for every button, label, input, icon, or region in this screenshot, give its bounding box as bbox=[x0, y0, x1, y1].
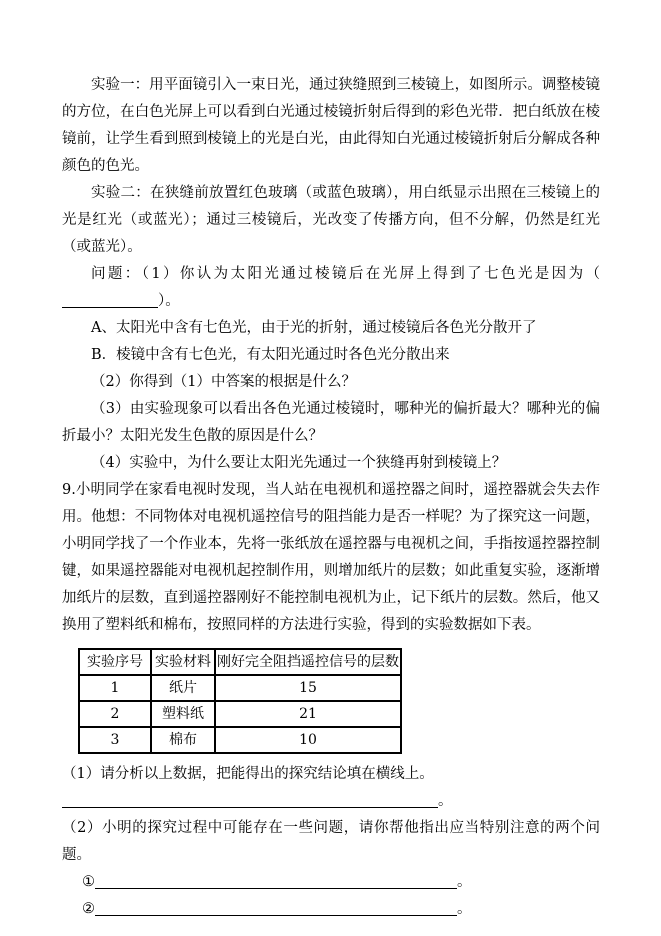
table-header-layers: 刚好完全阻挡遥控信号的层数 bbox=[215, 649, 401, 675]
answer-blank-conclusion bbox=[62, 791, 438, 808]
cell-trial-number: 2 bbox=[79, 701, 151, 727]
document-content: 实验一：用平面镜引入一束日光，通过狭缝照到三棱镜上，如图所示。调整棱镜的方位，在… bbox=[62, 72, 600, 923]
table-header-trial-number: 实验序号 bbox=[79, 649, 151, 675]
question1-text-after: ）。 bbox=[158, 293, 180, 309]
circled-one-marker: ① bbox=[82, 874, 95, 890]
paragraph-question2: （2）你得到（1）中答案的根据是什么？ bbox=[62, 369, 600, 396]
paragraph-experiment2: 实验二：在狭缝前放置红色玻璃（或蓝色玻璃），用白纸显示出照在三棱镜上的光是红光（… bbox=[62, 180, 600, 261]
conclusion-blank-line: 。 bbox=[62, 788, 600, 815]
circled-two-marker: ② bbox=[82, 901, 95, 917]
cell-layers: 21 bbox=[215, 701, 401, 727]
table-header-material: 实验材料 bbox=[151, 649, 215, 675]
paragraph-subquestion2: （2）小明的探究过程中可能存在一些问题，请你帮他指出应当特别注意的两个问题。 bbox=[62, 815, 600, 869]
experiment-data-table: 实验序号 实验材料 刚好完全阻挡遥控信号的层数 1 纸片 15 2 塑料纸 21… bbox=[78, 648, 402, 754]
paragraph-subquestion1: （1）请分析以上数据，把能得出的探究结论填在横线上。 bbox=[62, 761, 600, 788]
paragraph-option-a: A、太阳光中含有七色光，由于光的折射，通过棱镜后各色光分散开了 bbox=[62, 315, 600, 342]
table-header-row: 实验序号 实验材料 刚好完全阻挡遥控信号的层数 bbox=[79, 649, 401, 675]
cell-trial-number: 1 bbox=[79, 675, 151, 701]
cell-material: 塑料纸 bbox=[151, 701, 215, 727]
table-row: 1 纸片 15 bbox=[79, 675, 401, 701]
answer-blank-item2 bbox=[95, 899, 457, 916]
cell-trial-number: 3 bbox=[79, 727, 151, 753]
paragraph-question9-intro: 9.小明同学在家看电视时发现，当人站在电视机和遥控器之间时，遥控器就会失去作用。… bbox=[62, 477, 600, 639]
paragraph-question1: 问题：（1）你认为太阳光通过棱镜后在光屏上得到了七色光是因为（）。 bbox=[62, 261, 600, 315]
paragraph-question4: （4）实验中，为什么要让太阳光先通过一个狭缝再射到棱镜上？ bbox=[62, 450, 600, 477]
answer-blank-item1 bbox=[95, 872, 457, 889]
answer-line-1: ①。 bbox=[62, 869, 600, 896]
paragraph-experiment1: 实验一：用平面镜引入一束日光，通过狭缝照到三棱镜上，如图所示。调整棱镜的方位，在… bbox=[62, 72, 600, 180]
question1-text-before: 问题：（1）你认为太阳光通过棱镜后在光屏上得到了七色光是因为（ bbox=[91, 266, 600, 282]
period-text: 。 bbox=[438, 793, 453, 809]
period-text: 。 bbox=[457, 901, 472, 917]
cell-material: 纸片 bbox=[151, 675, 215, 701]
cell-layers: 15 bbox=[215, 675, 401, 701]
table-row: 2 塑料纸 21 bbox=[79, 701, 401, 727]
cell-layers: 10 bbox=[215, 727, 401, 753]
document-page: 实验一：用平面镜引入一束日光，通过狭缝照到三棱镜上，如图所示。调整棱镜的方位，在… bbox=[0, 0, 661, 936]
answer-blank-question1 bbox=[62, 291, 158, 308]
answer-line-2: ②。 bbox=[62, 896, 600, 923]
cell-material: 棉布 bbox=[151, 727, 215, 753]
paragraph-option-b: B．棱镜中含有七色光，有太阳光通过时各色光分散出来 bbox=[62, 342, 600, 369]
paragraph-question3: （3）由实验现象可以看出各色光通过棱镜时，哪种光的偏折最大？哪种光的偏折最小？太… bbox=[62, 396, 600, 450]
period-text: 。 bbox=[457, 874, 472, 890]
table-row: 3 棉布 10 bbox=[79, 727, 401, 753]
